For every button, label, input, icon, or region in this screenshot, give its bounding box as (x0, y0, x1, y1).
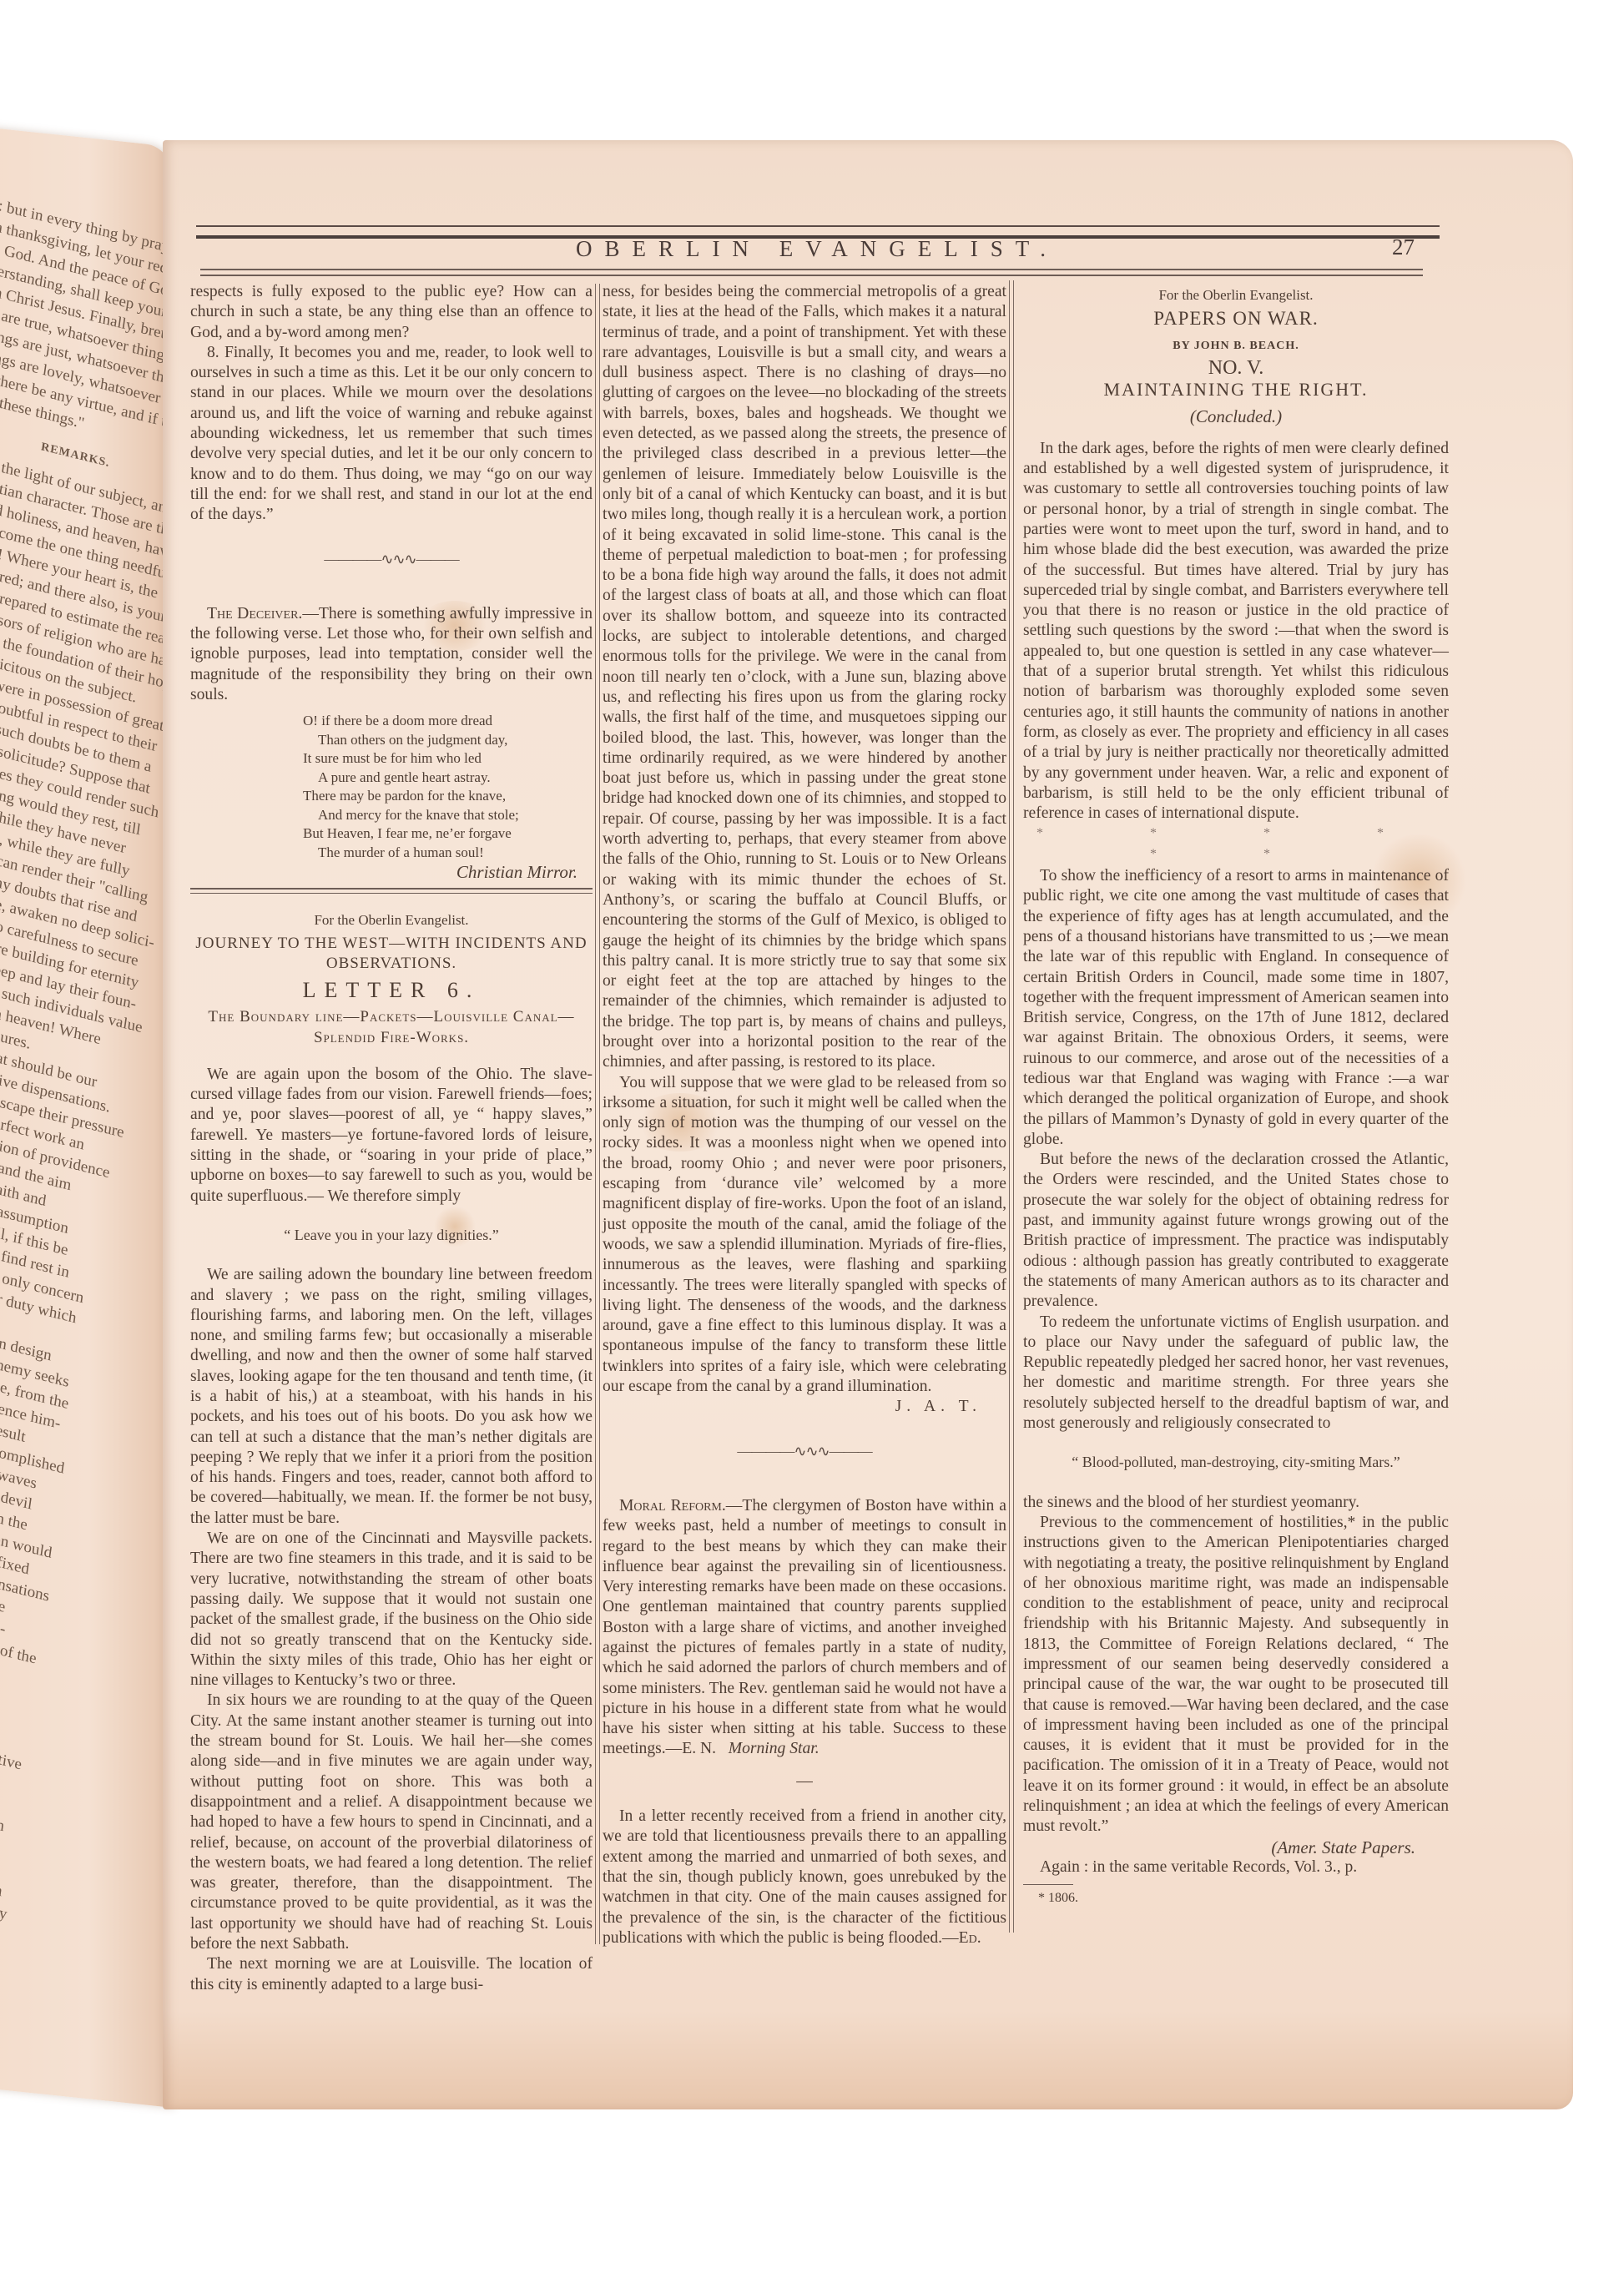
poem-line: It sure must be for him who led (303, 749, 593, 769)
paragraph: To redeem the unfortunate victims of Eng… (1023, 1313, 1449, 1434)
paragraph: To show the inefficiency of a resort to … (1023, 866, 1449, 1150)
section-ornament-rule: ————∿∿∿——— (190, 549, 593, 569)
series-number: NO. V. (1023, 358, 1449, 378)
byline: BY JOHN B. BEACH. (1023, 336, 1449, 356)
source-credit: Morning Star. (729, 1740, 820, 1757)
poem-line: A pure and gentle heart astray. (303, 769, 593, 788)
paragraph: ness, for besides being the commercial m… (603, 282, 1006, 1073)
header-bottom-rule (200, 269, 1423, 276)
column-middle: ness, for besides being the commercial m… (603, 282, 1006, 1948)
contributor-line: For the Oberlin Evangelist. (190, 910, 593, 930)
block-quote: “ Blood-polluted, man-destroying, city-s… (1023, 1452, 1449, 1472)
short-rule: — (603, 1772, 1006, 1792)
article-headline: PAPERS ON WAR. (1023, 309, 1449, 329)
masthead-title: OBERLIN EVANGELIST. (576, 236, 1058, 262)
article-text: —The clergymen of Boston have within a f… (603, 1497, 1006, 1758)
deceiver-article: The Deceiver.—There is something awfully… (190, 604, 593, 705)
poem-line: There may be pardon for the knave, (303, 787, 593, 806)
paragraph: In the dark ages, before the rights of m… (1023, 439, 1449, 824)
paragraph: We are on one of the Cincinnati and Mays… (190, 1529, 593, 1691)
article-headline: JOURNEY TO THE WEST—WITH INCIDENTS AND O… (190, 934, 593, 974)
contributor-line: For the Oberlin Evangelist. (1023, 285, 1449, 305)
editor-signature: Ed. (959, 1929, 981, 1947)
poem-credit: Christian Mirror. (190, 862, 593, 882)
paragraph: In a letter recently received from a fri… (603, 1807, 1006, 1948)
article-title: The Deceiver. (207, 605, 302, 622)
paragraph: We are sailing adown the boundary line b… (190, 1265, 593, 1529)
article-divider (190, 888, 593, 894)
poem-line: But Heaven, I fear me, ne’er forgave (303, 824, 593, 844)
paragraph: Previous to the commencement of hostilit… (1023, 1513, 1449, 1837)
article-subheadline: The Boundary line—Packets—Louisville Can… (190, 1007, 593, 1048)
letter-number: LETTER 6. (190, 980, 593, 1000)
paragraph: respects is fully exposed to the public … (190, 282, 593, 343)
moral-reform-article: Moral Reform.—The clergymen of Boston ha… (603, 1496, 1006, 1760)
paragraph: 8. Finally, It becomes you and me, reade… (190, 343, 593, 526)
article-text: In a letter recently received from a fri… (603, 1807, 1006, 1947)
footnote-rule (1023, 1884, 1073, 1885)
paragraph: The next morning we are at Louisville. T… (190, 1954, 593, 1995)
concluded-note: (Concluded.) (1023, 406, 1449, 426)
facing-page: : but in every thing by prayer anda than… (0, 125, 171, 2108)
paragraph: In six hours we are rounding to at the q… (190, 1691, 593, 1954)
paragraph: You will suppose that we were glad to be… (603, 1073, 1006, 1398)
source-credit: (Amer. State Papers. (1023, 1837, 1449, 1857)
paragraph: Again : in the same veritable Records, V… (1023, 1857, 1449, 1877)
poem-line: And mercy for the knave that stole; (303, 806, 593, 825)
facing-page-text: : but in every thing by prayer anda than… (0, 195, 171, 2061)
poem-line: O! if there be a doom more dread (303, 712, 593, 731)
column-divider (595, 284, 600, 1944)
section-ornament-rule: ————∿∿∿——— (603, 1441, 1006, 1461)
poem-line: Than others on the judgment day, (303, 731, 593, 750)
article-title: Moral Reform. (619, 1497, 726, 1514)
page-number: 27 (1392, 234, 1415, 260)
paragraph: the sinews and the blood of her sturdies… (1023, 1493, 1449, 1513)
author-initials: E. N. (682, 1740, 716, 1757)
author-initials: J. A. T. (603, 1397, 1006, 1417)
paragraph: But before the news of the declaration c… (1023, 1150, 1449, 1312)
column-right: For the Oberlin Evangelist. PAPERS ON WA… (1023, 282, 1449, 1909)
paragraph: We are again upon the bosom of the Ohio.… (190, 1065, 593, 1207)
asterism-break: * * * * * * (1023, 824, 1449, 864)
block-quote: “ Leave you in your lazy dignities.” (190, 1225, 593, 1245)
article-subheadline: MAINTAINING THE RIGHT. (1023, 380, 1449, 400)
poem-line: The murder of a human soul! (303, 844, 593, 863)
column-divider (1009, 280, 1014, 1933)
poem: O! if there be a doom more dread Than ot… (303, 712, 593, 862)
column-left: respects is fully exposed to the public … (190, 282, 593, 1995)
footnote: * 1806. (1023, 1888, 1449, 1908)
